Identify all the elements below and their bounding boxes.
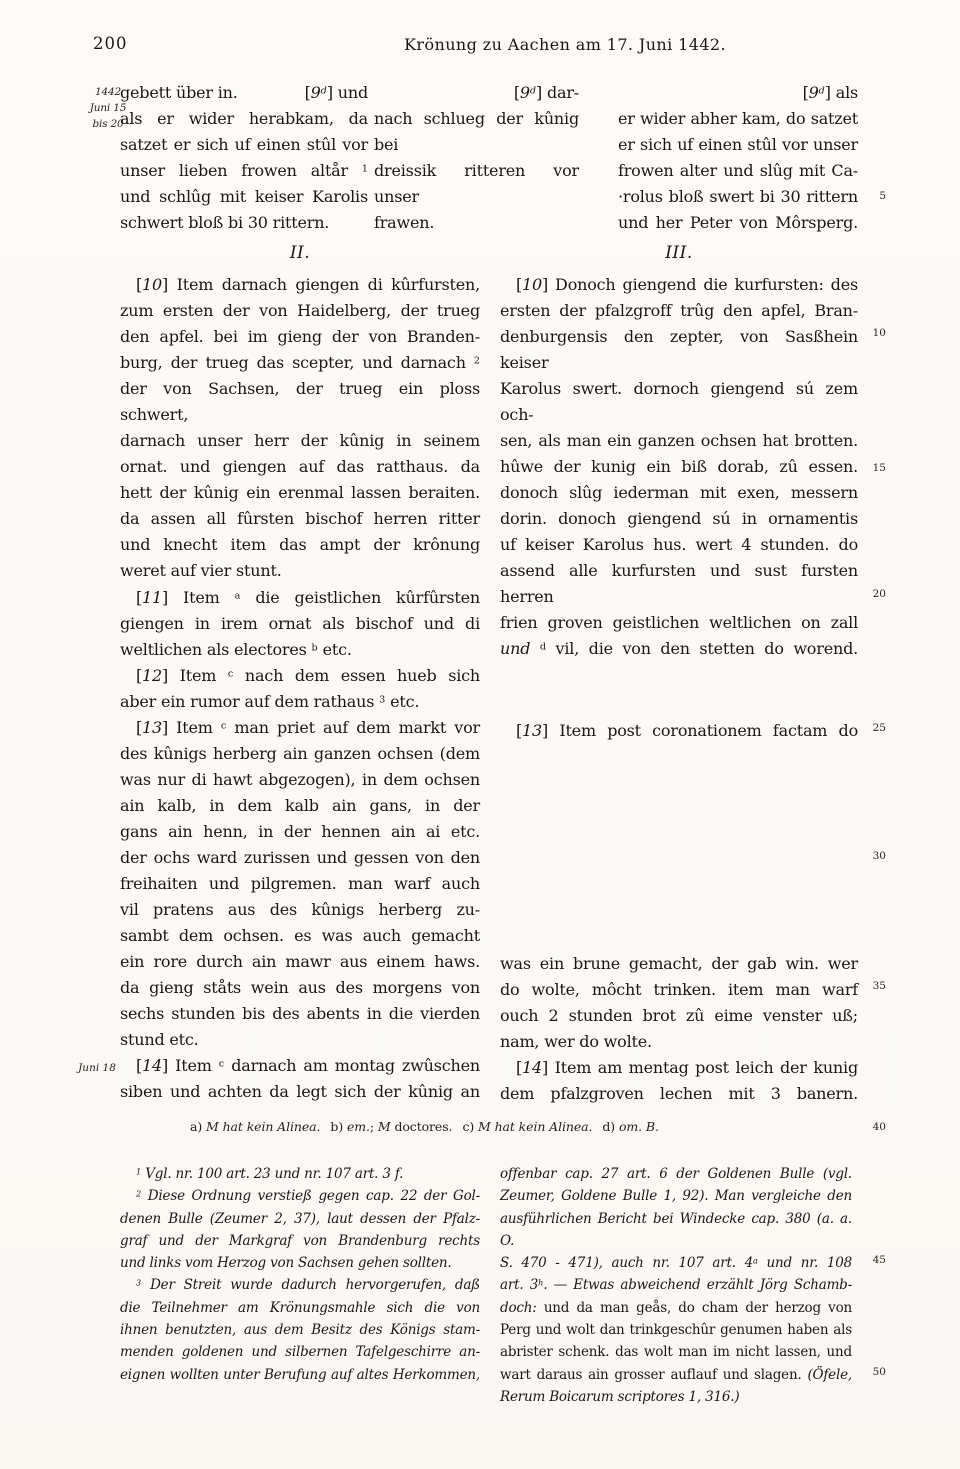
text-line: darnach unser herr der kûnig in seinem <box>120 428 480 454</box>
text-line: die Teilnehmer am Krönungsmahle sich die… <box>120 1297 480 1319</box>
section-heading-ii: II. <box>120 243 480 263</box>
text-line: doch: und da man geås, do cham der herzo… <box>500 1297 852 1319</box>
text-line: satzet er sich uf einen stûl vor <box>120 132 368 158</box>
margin-line-number: 45 <box>852 1254 886 1266</box>
parallel-column-a: gebett über in.[9d] undals er wider hera… <box>120 80 368 236</box>
text-line: sambt dem ochsen. es was auch gemacht <box>120 923 480 949</box>
margin-line-number: 10 <box>852 327 886 339</box>
text-line: uf keiser Karolus hus. wert 4 stunden. d… <box>500 532 858 558</box>
margin-date-note-2: Juni 18 <box>66 1060 128 1076</box>
text-line: nam, wer do wolte. <box>500 1029 858 1055</box>
text-line: frowen alter und slûg mit Ca- <box>618 158 858 184</box>
text-line: offenbar cap. 27 art. 6 der Goldenen Bul… <box>500 1163 852 1185</box>
text-line: da assen all fûrsten bischof herren ritt… <box>120 506 480 532</box>
scanned-book-page: { "page": { "number": "200", "running_ti… <box>0 0 960 1469</box>
text-line: Perg und wolt dan trinkgeschûr genumen h… <box>500 1319 852 1341</box>
text-line: vil pratens aus des kûnigs herberg zu- <box>120 897 480 923</box>
text-line: [14] Item am mentag post leich der kunig <box>500 1055 858 1081</box>
text-line: aber ein rumor auf dem rathaus 3 etc. <box>120 689 480 715</box>
text-line: Rerum Boicarum scriptores 1, 316.) <box>500 1386 852 1408</box>
text-line: [14] Item c darnach am montag zwûschen <box>120 1053 480 1079</box>
text-line: dorin. donoch giengend sú in ornamentis <box>500 506 858 532</box>
text-line: ornat. und giengen auf das ratthaus. da <box>120 454 480 480</box>
text-line: und her Peter von Môrsperg. <box>618 210 858 236</box>
text-line: was nur di hawt abgezogen), in dem ochse… <box>120 767 480 793</box>
section-iii-paragraph-10: [10] Donoch giengend die kurfursten: des… <box>500 272 858 662</box>
running-title: Krönung zu Aachen am 17. Juni 1442. <box>330 35 800 54</box>
text-line: unser lieben frowen altår 1 <box>120 158 368 184</box>
text-line: siben und achten da legt sich der kûnig … <box>120 1079 480 1105</box>
footnote-column-left: 1 Vgl. nr. 100 art. 23 und nr. 107 art. … <box>120 1163 480 1386</box>
text-line: denburgensis den zepter, von Sasßhein ke… <box>500 324 858 376</box>
text-line: 1 Vgl. nr. 100 art. 23 und nr. 107 art. … <box>120 1163 480 1185</box>
critical-apparatus: a) M hat kein Alinea. b) em.; M doctores… <box>190 1119 750 1134</box>
text-line: art. 3h. — Etwas abweichend erzählt Jörg… <box>500 1274 852 1296</box>
text-line: Karolus swert. dornoch giengend sú zem o… <box>500 376 858 428</box>
text-line: sechs stunden bis des abents in die vier… <box>120 1001 480 1027</box>
text-line: da gieng ståts wein aus des morgens von <box>120 975 480 1001</box>
text-line: [9d] als <box>618 80 858 106</box>
text-line: und links vom Herzog von Sachsen gehen s… <box>120 1252 480 1274</box>
text-line: frawen. <box>374 210 579 236</box>
text-line: der von Sachsen, der trueg ein ploss sch… <box>120 376 480 428</box>
text-line: den apfel. bei im gieng der von Branden- <box>120 324 480 350</box>
text-line: burg, der trueg das scepter, und darnach… <box>120 350 480 376</box>
text-line: sen, als man ein ganzen ochsen hat brott… <box>500 428 858 454</box>
text-line: [9d] dar- <box>374 80 579 106</box>
text-line: [10] Item darnach giengen di kûrfursten, <box>120 272 480 298</box>
text-line: und d vil, die von den stetten do worend… <box>500 636 858 662</box>
text-line: donoch slûg iederman mit exen, messern <box>500 480 858 506</box>
margin-line-number: 15 <box>852 462 886 474</box>
text-line: gans ain henn, in der hennen ain ai etc. <box>120 819 480 845</box>
text-line: menden goldenen und silbernen Tafelgesch… <box>120 1341 480 1363</box>
margin-line-number: 30 <box>852 850 886 862</box>
section-iii-paragraph-13b-14: was ein brune gemacht, der gab win. werd… <box>500 951 858 1107</box>
text-line: ain kalb, in dem kalb ain gans, in der <box>120 793 480 819</box>
text-line: ·rolus bloß swert bi 30 rittern <box>618 184 858 210</box>
margin-line-number: 20 <box>852 588 886 600</box>
text-line: er wider abher kam, do satzet <box>618 106 858 132</box>
text-line: hett der kûnig ein erenmal lassen berait… <box>120 480 480 506</box>
text-line: zum ersten der von Haidelberg, der trueg <box>120 298 480 324</box>
text-line: Zeumer, Goldene Bulle 1, 92). Man vergle… <box>500 1185 852 1207</box>
text-line: assend alle kurfursten und sust fursten … <box>500 558 858 610</box>
parallel-column-c: [9d] alser wider abher kam, do satzeter … <box>618 80 858 236</box>
margin-line-number: 25 <box>852 722 886 734</box>
section-ii-paragraph-10: [10] Item darnach giengen di kûrfursten,… <box>120 272 480 584</box>
text-line: do wolte, môcht trinken. item man warf <box>500 977 858 1003</box>
margin-line-number: 40 <box>852 1121 886 1133</box>
text-line: wart daraus ain grosser auflauf und slag… <box>500 1364 852 1386</box>
text-line: ouch 2 stunden brot zû eime venster uß; <box>500 1003 858 1029</box>
section-iii-paragraph-13: [13] Item post coronationem factam do <box>500 718 858 744</box>
text-line: eignen wollten unter Berufung auf altes … <box>120 1364 480 1386</box>
text-line: graf und der Markgraf von Brandenburg re… <box>120 1230 480 1252</box>
margin-line-number: 5 <box>852 190 886 202</box>
section-heading-iii: III. <box>500 243 858 263</box>
text-line: freihaiten und pilgremen. man warf auch <box>120 871 480 897</box>
text-line: als er wider herabkam, da <box>120 106 368 132</box>
text-line: schwert bloß bi 30 rittern. <box>120 210 368 236</box>
margin-line-number: 35 <box>852 980 886 992</box>
text-line: dreissik ritteren vor unser <box>374 158 579 210</box>
footnote-column-right: offenbar cap. 27 art. 6 der Goldenen Bul… <box>500 1163 852 1408</box>
text-line: 3 Der Streit wurde dadurch hervorgerufen… <box>120 1274 480 1296</box>
text-line: und knecht item das ampt der krônung <box>120 532 480 558</box>
parallel-column-b: [9d] dar-nach schlueg der kûnig beidreis… <box>374 80 579 236</box>
text-line: 2 Diese Ordnung verstieß gegen cap. 22 d… <box>120 1185 480 1207</box>
text-line: hûwe der kunig ein biß dorab, zû essen. <box>500 454 858 480</box>
text-line: ersten der pfalzgroff trûg den apfel, Br… <box>500 298 858 324</box>
text-line: stund etc. <box>120 1027 480 1053</box>
text-line: des kûnigs herberg ain ganzen ochsen (de… <box>120 741 480 767</box>
section-ii-paragraphs-11-14: [11] Item a die geistlichen kûrfûrstengi… <box>120 585 480 1105</box>
text-line: gebett über in.[9d] und <box>120 80 368 106</box>
text-line: [11] Item a die geistlichen kûrfûrsten <box>120 585 480 611</box>
text-line: ein rore durch ain mawr aus einem haws. <box>120 949 480 975</box>
text-line: nach schlueg der kûnig bei <box>374 106 579 158</box>
text-line: abrister schenk. das wolt man im nicht l… <box>500 1341 852 1363</box>
text-line: [12] Item c nach dem essen hueb sich <box>120 663 480 689</box>
text-line: frien groven geistlichen weltlichen on z… <box>500 610 858 636</box>
text-line: dem pfalzgroven lechen mit 3 banern. <box>500 1081 858 1107</box>
text-line: was ein brune gemacht, der gab win. wer <box>500 951 858 977</box>
text-line: denen Bulle (Zeumer 2, 37), laut dessen … <box>120 1208 480 1230</box>
text-line: er sich uf einen stûl vor unser <box>618 132 858 158</box>
margin-line-number: 50 <box>852 1366 886 1378</box>
text-line: weret auf vier stunt. <box>120 558 480 584</box>
text-line: weltlichen als electores b etc. <box>120 637 480 663</box>
text-line: giengen in irem ornat als bischof und di <box>120 611 480 637</box>
page-number: 200 <box>93 34 153 53</box>
text-line: ihnen benutzten, aus dem Besitz des Köni… <box>120 1319 480 1341</box>
text-line: ausführlichen Bericht bei Windecke cap. … <box>500 1208 852 1253</box>
text-line: [13] Item c man priet auf dem markt vor <box>120 715 480 741</box>
text-line: [13] Item post coronationem factam do <box>500 718 858 744</box>
text-line: S. 470 - 471), auch nr. 107 art. 4a und … <box>500 1252 852 1274</box>
text-line: der ochs ward zurissen und gessen von de… <box>120 845 480 871</box>
text-line: [10] Donoch giengend die kurfursten: des <box>500 272 858 298</box>
text-line: und schlûg mit keiser Karolis <box>120 184 368 210</box>
